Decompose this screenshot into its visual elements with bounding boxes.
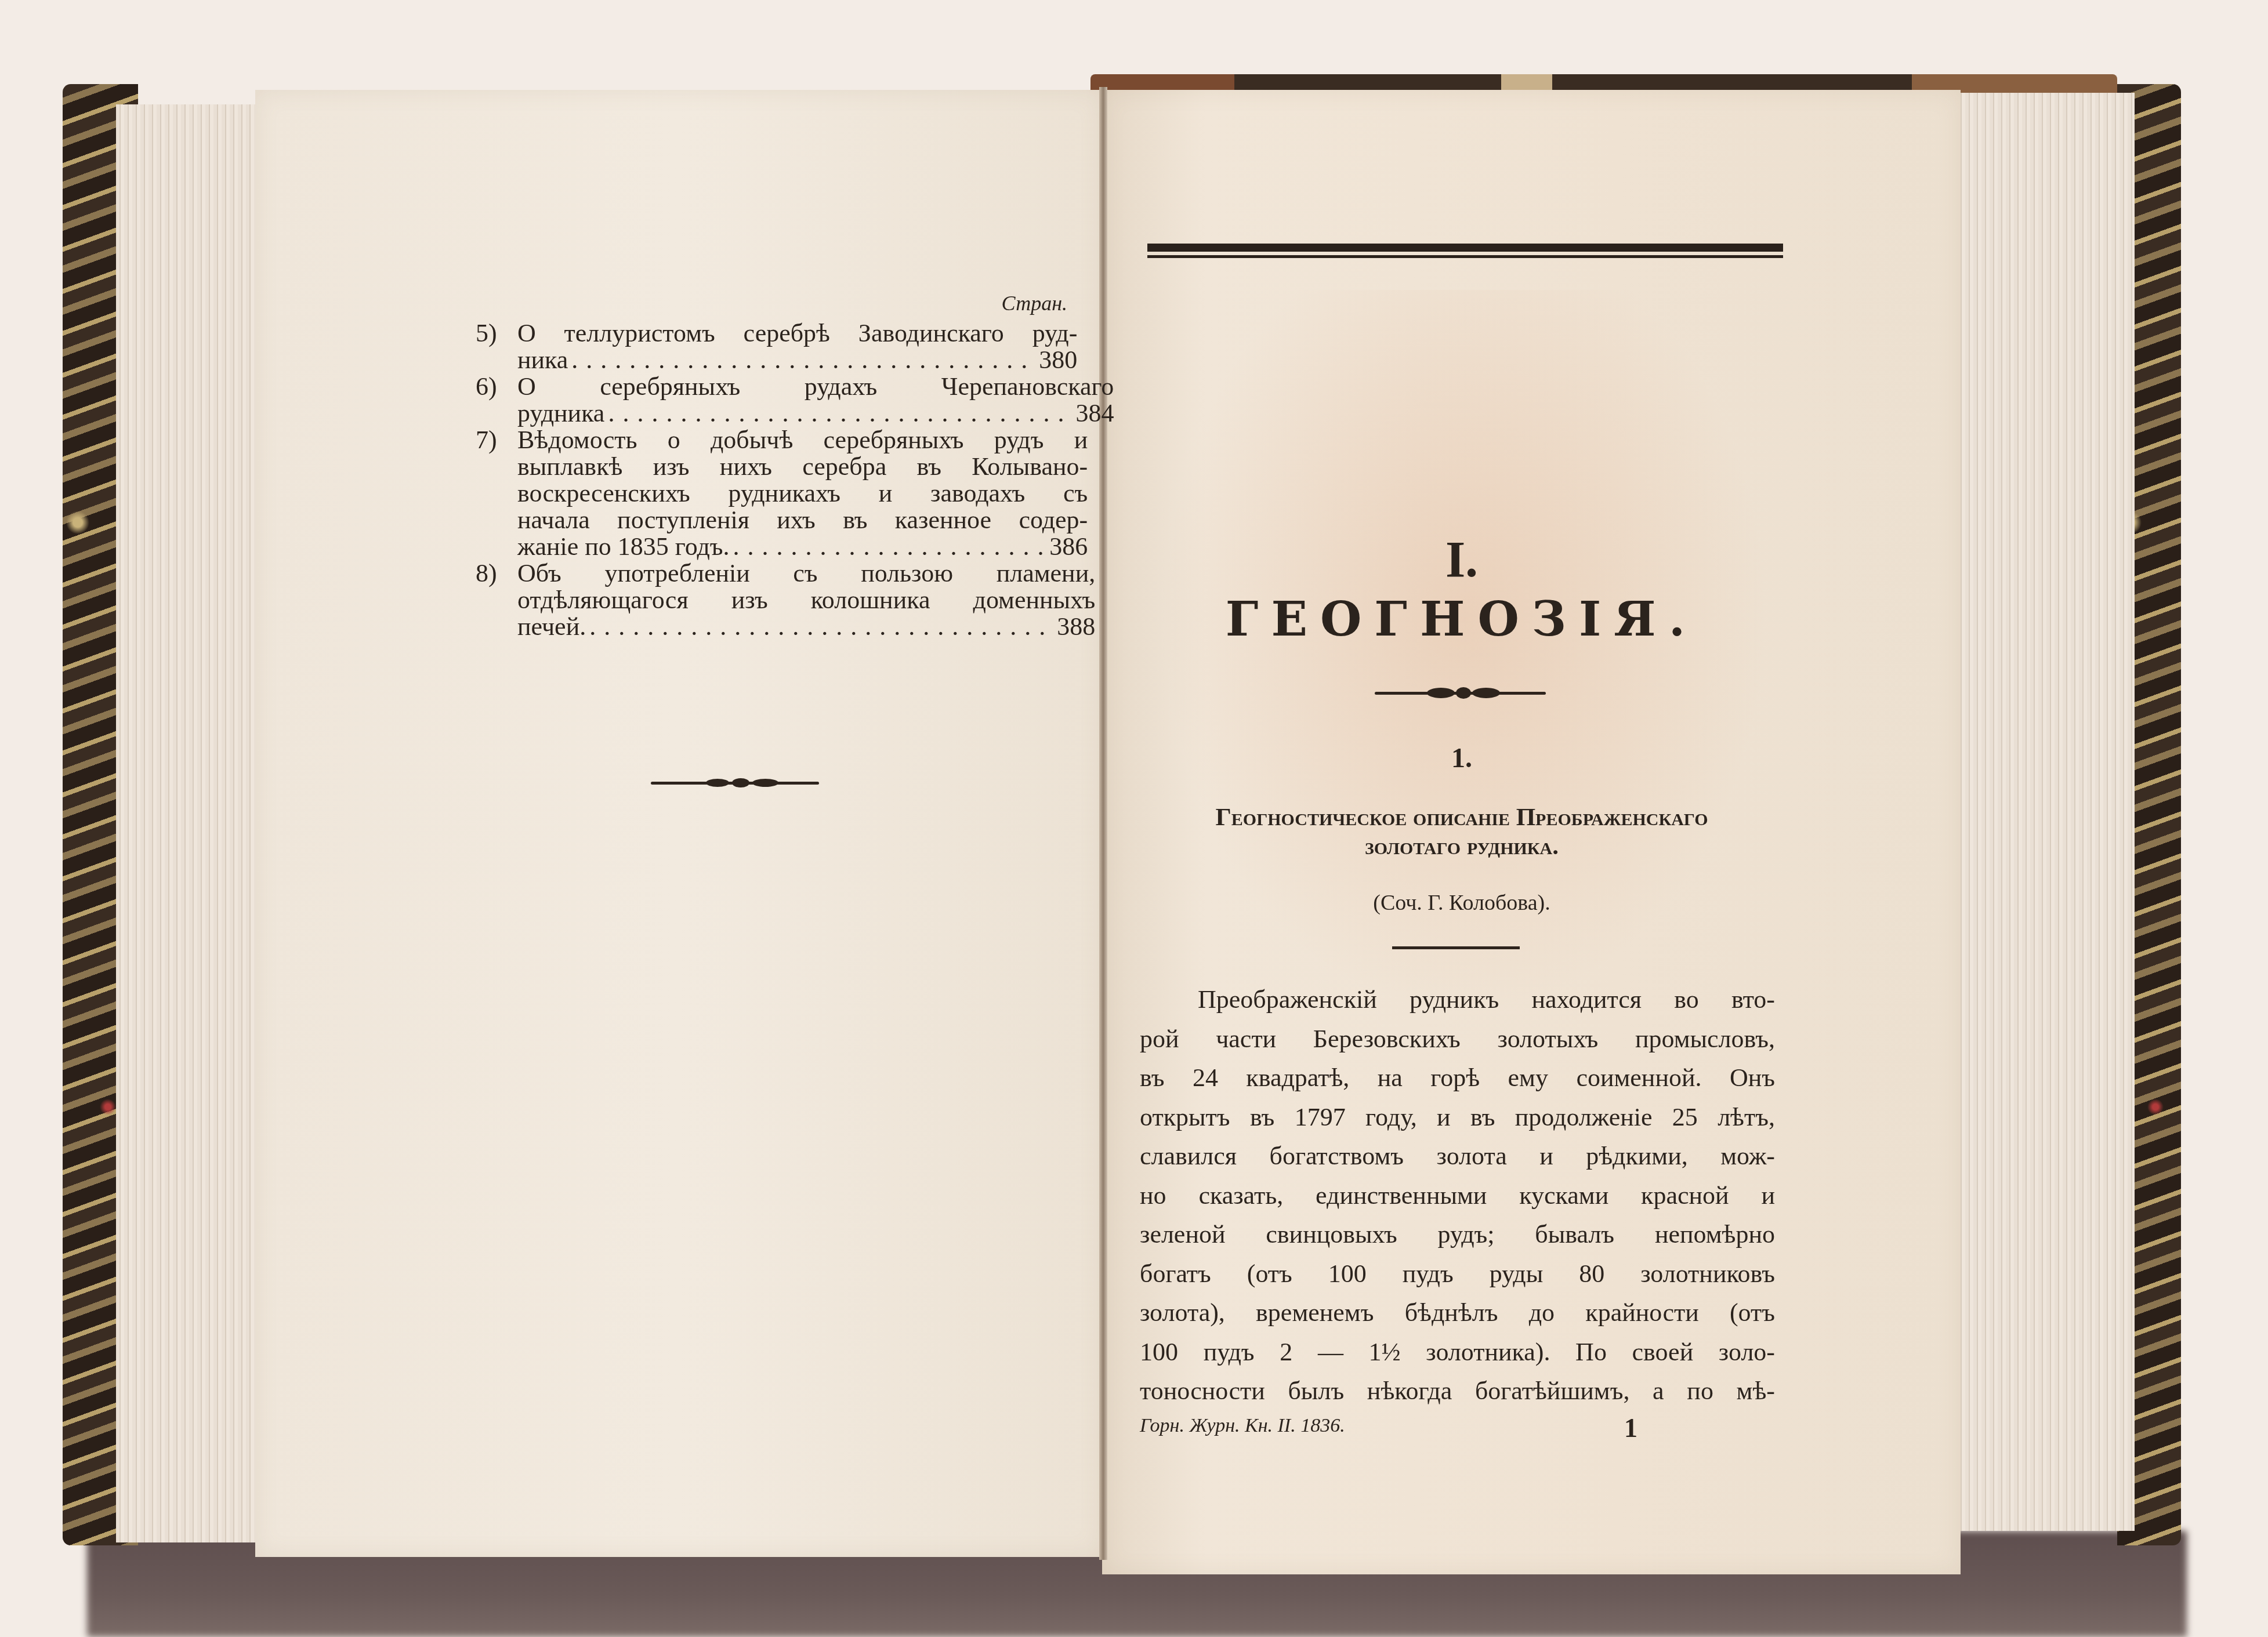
table-of-contents: Стран. 5) О теллуристомъ серебрѣ Заводин… xyxy=(476,290,1067,640)
toc-item-7: 7) Вѣдомость о добычѣ серебряныхъ рудъ и… xyxy=(476,427,1067,560)
toc-item-text: рудника xyxy=(517,400,604,427)
toc-page-number: 380 xyxy=(1039,347,1077,373)
body-line: славился богатствомъ золота и рѣдкими, м… xyxy=(1140,1137,1775,1176)
toc-item-5: 5) О теллуристомъ серебрѣ Заводинскаго р… xyxy=(476,320,1067,373)
body-line: открытъ въ 1797 году, и въ продолженіе 2… xyxy=(1140,1098,1775,1137)
toc-item-8: 8) Объ употребленіи съ пользою пламени, … xyxy=(476,560,1067,640)
footer-signature: Горн. Журн. Кн. II. 1836. xyxy=(1140,1415,1345,1436)
body-line: Преображенскій рудникъ находится во вто- xyxy=(1140,980,1775,1019)
section-title: Геогностическое описаніе Преображенскаго… xyxy=(1137,803,1787,861)
body-text: Преображенскій рудникъ находится во вто-… xyxy=(1140,980,1775,1411)
header-double-rule xyxy=(1147,244,1783,258)
page-number: 1 xyxy=(1624,1413,1637,1443)
toc-item-text: О теллуристомъ серебрѣ Заводинскаго руд- xyxy=(517,320,1077,347)
toc-item-number: 8) xyxy=(476,560,517,640)
body-line: богатъ (отъ 100 пудъ руды 80 золотниковъ xyxy=(1140,1254,1775,1294)
body-line: зеленой свинцовыхъ рудъ; бывалъ непомѣрн… xyxy=(1140,1215,1775,1254)
decorative-rule-ornament xyxy=(1375,683,1546,703)
author-credit: (Соч. Г. Колобова). xyxy=(1137,890,1787,916)
toc-item-text: Объ употребленіи съ пользою пламени, xyxy=(517,560,1095,587)
toc-item-text: начала поступленія ихъ въ казенное содер… xyxy=(517,507,1088,533)
leader-dots: ................................ xyxy=(608,400,1072,427)
toc-page-number: 386 xyxy=(1049,533,1088,560)
leader-dots: ................................ xyxy=(589,614,1053,640)
toc-item-text: выплавкѣ изъ нихъ серебра въ Колывано- xyxy=(517,453,1088,480)
toc-page-number: 384 xyxy=(1075,400,1114,427)
body-line: рой части Березовскихъ золотыхъ промысло… xyxy=(1140,1019,1775,1059)
book-gutter xyxy=(1099,87,1107,1560)
short-rule xyxy=(1392,946,1520,949)
body-line: въ 24 квадратѣ, на горѣ ему соименной. О… xyxy=(1140,1058,1775,1098)
toc-item-number: 7) xyxy=(476,427,517,560)
body-line: тоносности былъ нѣкогда богатѣйшимъ, а п… xyxy=(1140,1371,1775,1411)
body-line: золота), временемъ бѣднѣлъ до крайности … xyxy=(1140,1293,1775,1333)
section-title-line: Геогностическое описаніе Преображенскаго xyxy=(1137,803,1787,832)
toc-item-text: ника xyxy=(517,347,568,373)
toc-item-text: жаніе по 1835 годъ. xyxy=(517,533,730,560)
toc-item-6: 6) О серебряныхъ рудахъ Черепановскаго р… xyxy=(476,373,1067,427)
leader-dots: ................................ xyxy=(733,533,1046,560)
page-edges-left xyxy=(116,104,261,1542)
toc-page-number: 388 xyxy=(1057,614,1095,640)
part-number: I. xyxy=(1137,531,1787,589)
toc-item-text: воскресенскихъ рудникахъ и заводахъ съ xyxy=(517,480,1088,507)
section-title-line: золотаго рудника. xyxy=(1137,832,1787,861)
toc-item-number: 6) xyxy=(476,373,517,427)
page-footer: Горн. Журн. Кн. II. 1836. 1 xyxy=(1140,1415,1755,1437)
section-number: 1. xyxy=(1137,742,1787,774)
body-line: но сказать, единственными кусками красно… xyxy=(1140,1176,1775,1215)
toc-item-text: О серебряныхъ рудахъ Черепановскаго xyxy=(517,373,1114,400)
toc-item-number: 5) xyxy=(476,320,517,373)
toc-page-header: Стран. xyxy=(476,290,1067,317)
toc-item-text: отдѣляющагося изъ колошника доменныхъ xyxy=(517,587,1095,614)
leader-dots: ................................ xyxy=(571,347,1035,373)
part-title: ГЕОГНОЗІЯ. xyxy=(1137,591,1787,647)
page-edges-right xyxy=(1949,93,2135,1531)
toc-item-text: Вѣдомость о добычѣ серебряныхъ рудъ и xyxy=(517,427,1088,453)
toc-item-text: печей. xyxy=(517,614,586,640)
body-line: 100 пудъ 2 — 1½ золотника). По своей зол… xyxy=(1140,1333,1775,1372)
decorative-rule-ornament xyxy=(651,774,819,792)
